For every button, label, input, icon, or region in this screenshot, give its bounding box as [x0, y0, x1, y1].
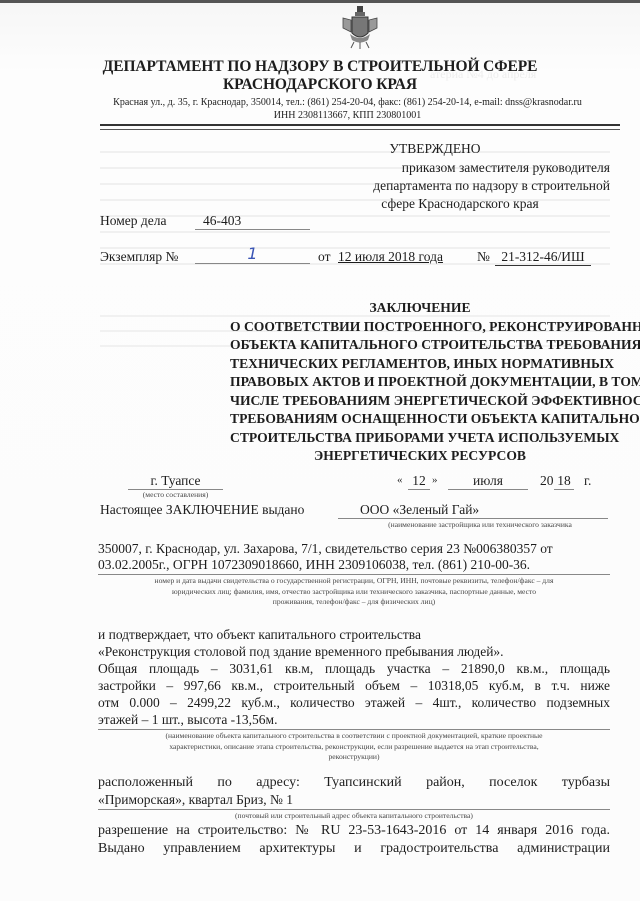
object-desc-line1: Общая площадь – 3031,61 кв.м, площадь уч…	[98, 661, 610, 678]
note-line: характеристики, описание этапа строитель…	[98, 742, 610, 753]
date-year-unit: г.	[584, 473, 591, 489]
object-desc-line4: этажей – 1 шт., высота -13,56м.	[98, 712, 610, 729]
case-number-value: 46-403	[195, 213, 310, 230]
header-inn-kpp: ИНН 2308113667, КПП 230801001	[55, 110, 640, 121]
approval-line3: сфере Краснодарского края	[340, 196, 580, 212]
approval-line2: департамента по надзору в строительной	[330, 178, 610, 194]
date-year-suffix: 18	[554, 473, 574, 490]
location-note: (почтовый или строительный адрес объекта…	[98, 811, 610, 822]
document-page: атериа №4 до апреля ДЕПАРТАМЕНТ ПО НАДЗО…	[0, 0, 640, 901]
header-title-line2: КРАСНОДАРСКОГО КРАЯ	[0, 76, 640, 94]
object-name: «Реконструкция столовой под здание време…	[98, 644, 610, 661]
issuer-details-line1: 350007, г. Краснодар, ул. Захарова, 7/1,…	[98, 541, 610, 558]
title-line: О СООТВЕТСТВИИ ПОСТРОЕННОГО, РЕКОНСТРУИР…	[230, 318, 610, 337]
details-rule	[98, 574, 610, 575]
note-line: реконструкции)	[98, 752, 610, 763]
document-number: 21-312-46/ИШ	[495, 249, 591, 266]
approval-line1: приказом заместителя руководителя	[340, 160, 610, 176]
title-line: ЭНЕРГЕТИЧЕСКИХ РЕСУРСОВ	[230, 447, 610, 466]
title-line: ПРАВОВЫХ АКТОВ И ПРОЕКТНОЙ ДОКУМЕНТАЦИИ,…	[230, 373, 610, 392]
copy-number-value: 1	[195, 244, 310, 264]
object-rule	[98, 729, 610, 730]
title-line: ОБЪЕКТА КАПИТАЛЬНОГО СТРОИТЕЛЬСТВА ТРЕБО…	[230, 336, 610, 355]
object-intro: и подтверждает, что объект капитального …	[98, 627, 610, 644]
place-note: (место составления)	[128, 490, 223, 501]
date-month: июля	[448, 473, 528, 490]
coat-of-arms-icon	[340, 4, 380, 50]
location-line2: «Приморская», квартал Бриз, № 1	[98, 792, 610, 809]
scan-edge	[0, 0, 640, 3]
issued-label: Настоящее ЗАКЛЮЧЕНИЕ выдано	[100, 502, 304, 518]
copy-number-label: Экземпляр №	[100, 249, 178, 265]
title-line: ТЕХНИЧЕСКИХ РЕГЛАМЕНТОВ, ИНЫХ НОРМАТИВНЫ…	[230, 355, 610, 374]
date-quote-open: «	[397, 474, 403, 486]
copy-num-label: №	[477, 249, 490, 265]
permit-line2: Выдано управлением архитектуры и градост…	[98, 841, 610, 858]
title-line: ЗАКЛЮЧЕНИЕ	[230, 299, 610, 318]
header-title-line1: ДЕПАРТАМЕНТ ПО НАДЗОРУ В СТРОИТЕЛЬНОЙ СФ…	[0, 58, 640, 76]
conclusion-title: ЗАКЛЮЧЕНИЕ О СООТВЕТСТВИИ ПОСТРОЕННОГО, …	[230, 299, 610, 466]
note-line: (наименование объекта капитального строи…	[98, 731, 610, 742]
title-line: СТРОИТЕЛЬСТВА ПРИБОРАМИ УЧЕТА ИСПОЛЬЗУЕМ…	[230, 429, 610, 448]
location-rule	[98, 809, 610, 810]
object-note: (наименование объекта капитального строи…	[98, 731, 610, 763]
object-desc-line2: застройки – 997,66 кв.м., строительный о…	[98, 678, 610, 695]
copy-date: 12 июля 2018 года	[338, 249, 443, 265]
note-line: номер и дата выдачи свидетельства о госу…	[98, 576, 610, 587]
date-year-prefix: 20	[540, 473, 554, 489]
approval-word: УТВЕРЖДЕНО	[330, 141, 540, 157]
issued-to-value: ООО «Зеленый Гай»	[338, 502, 608, 519]
note-line: проживания, телефон/факс – для физически…	[98, 597, 610, 608]
title-line: ТРЕБОВАНИЯМ ОСНАЩЕННОСТИ ОБЪЕКТА КАПИТАЛ…	[230, 410, 610, 429]
date-quote-close: »	[432, 474, 438, 486]
issuer-details-line2: 03.02.2005г., ОГРН 1072309018660, ИНН 23…	[98, 557, 610, 574]
date-day: 12	[408, 473, 430, 490]
header-address: Красная ул., д. 35, г. Краснодар, 350014…	[55, 97, 640, 108]
issuer-details-note: номер и дата выдачи свидетельства о госу…	[98, 576, 610, 608]
header-divider	[100, 124, 620, 130]
issued-note: (наименование застройщика или техническо…	[350, 520, 610, 531]
note-line: юридических лиц; фамилия, имя, отчество …	[98, 587, 610, 598]
title-line: ЧИСЛЕ ТРЕБОВАНИЯМ ЭНЕРГЕТИЧЕСКОЙ ЭФФЕКТИ…	[230, 392, 610, 411]
place-value: г. Туапсе	[128, 473, 223, 490]
location-line1: расположенный по адресу: Туапсинский рай…	[98, 775, 610, 792]
case-number-label: Номер дела	[100, 213, 167, 229]
object-desc-line3: отм 0.000 – 2499,22 куб.м., количество э…	[98, 695, 610, 712]
permit-line1: разрешение на строительство: № RU 23-53-…	[98, 823, 610, 840]
copy-from-label: от	[318, 249, 330, 265]
